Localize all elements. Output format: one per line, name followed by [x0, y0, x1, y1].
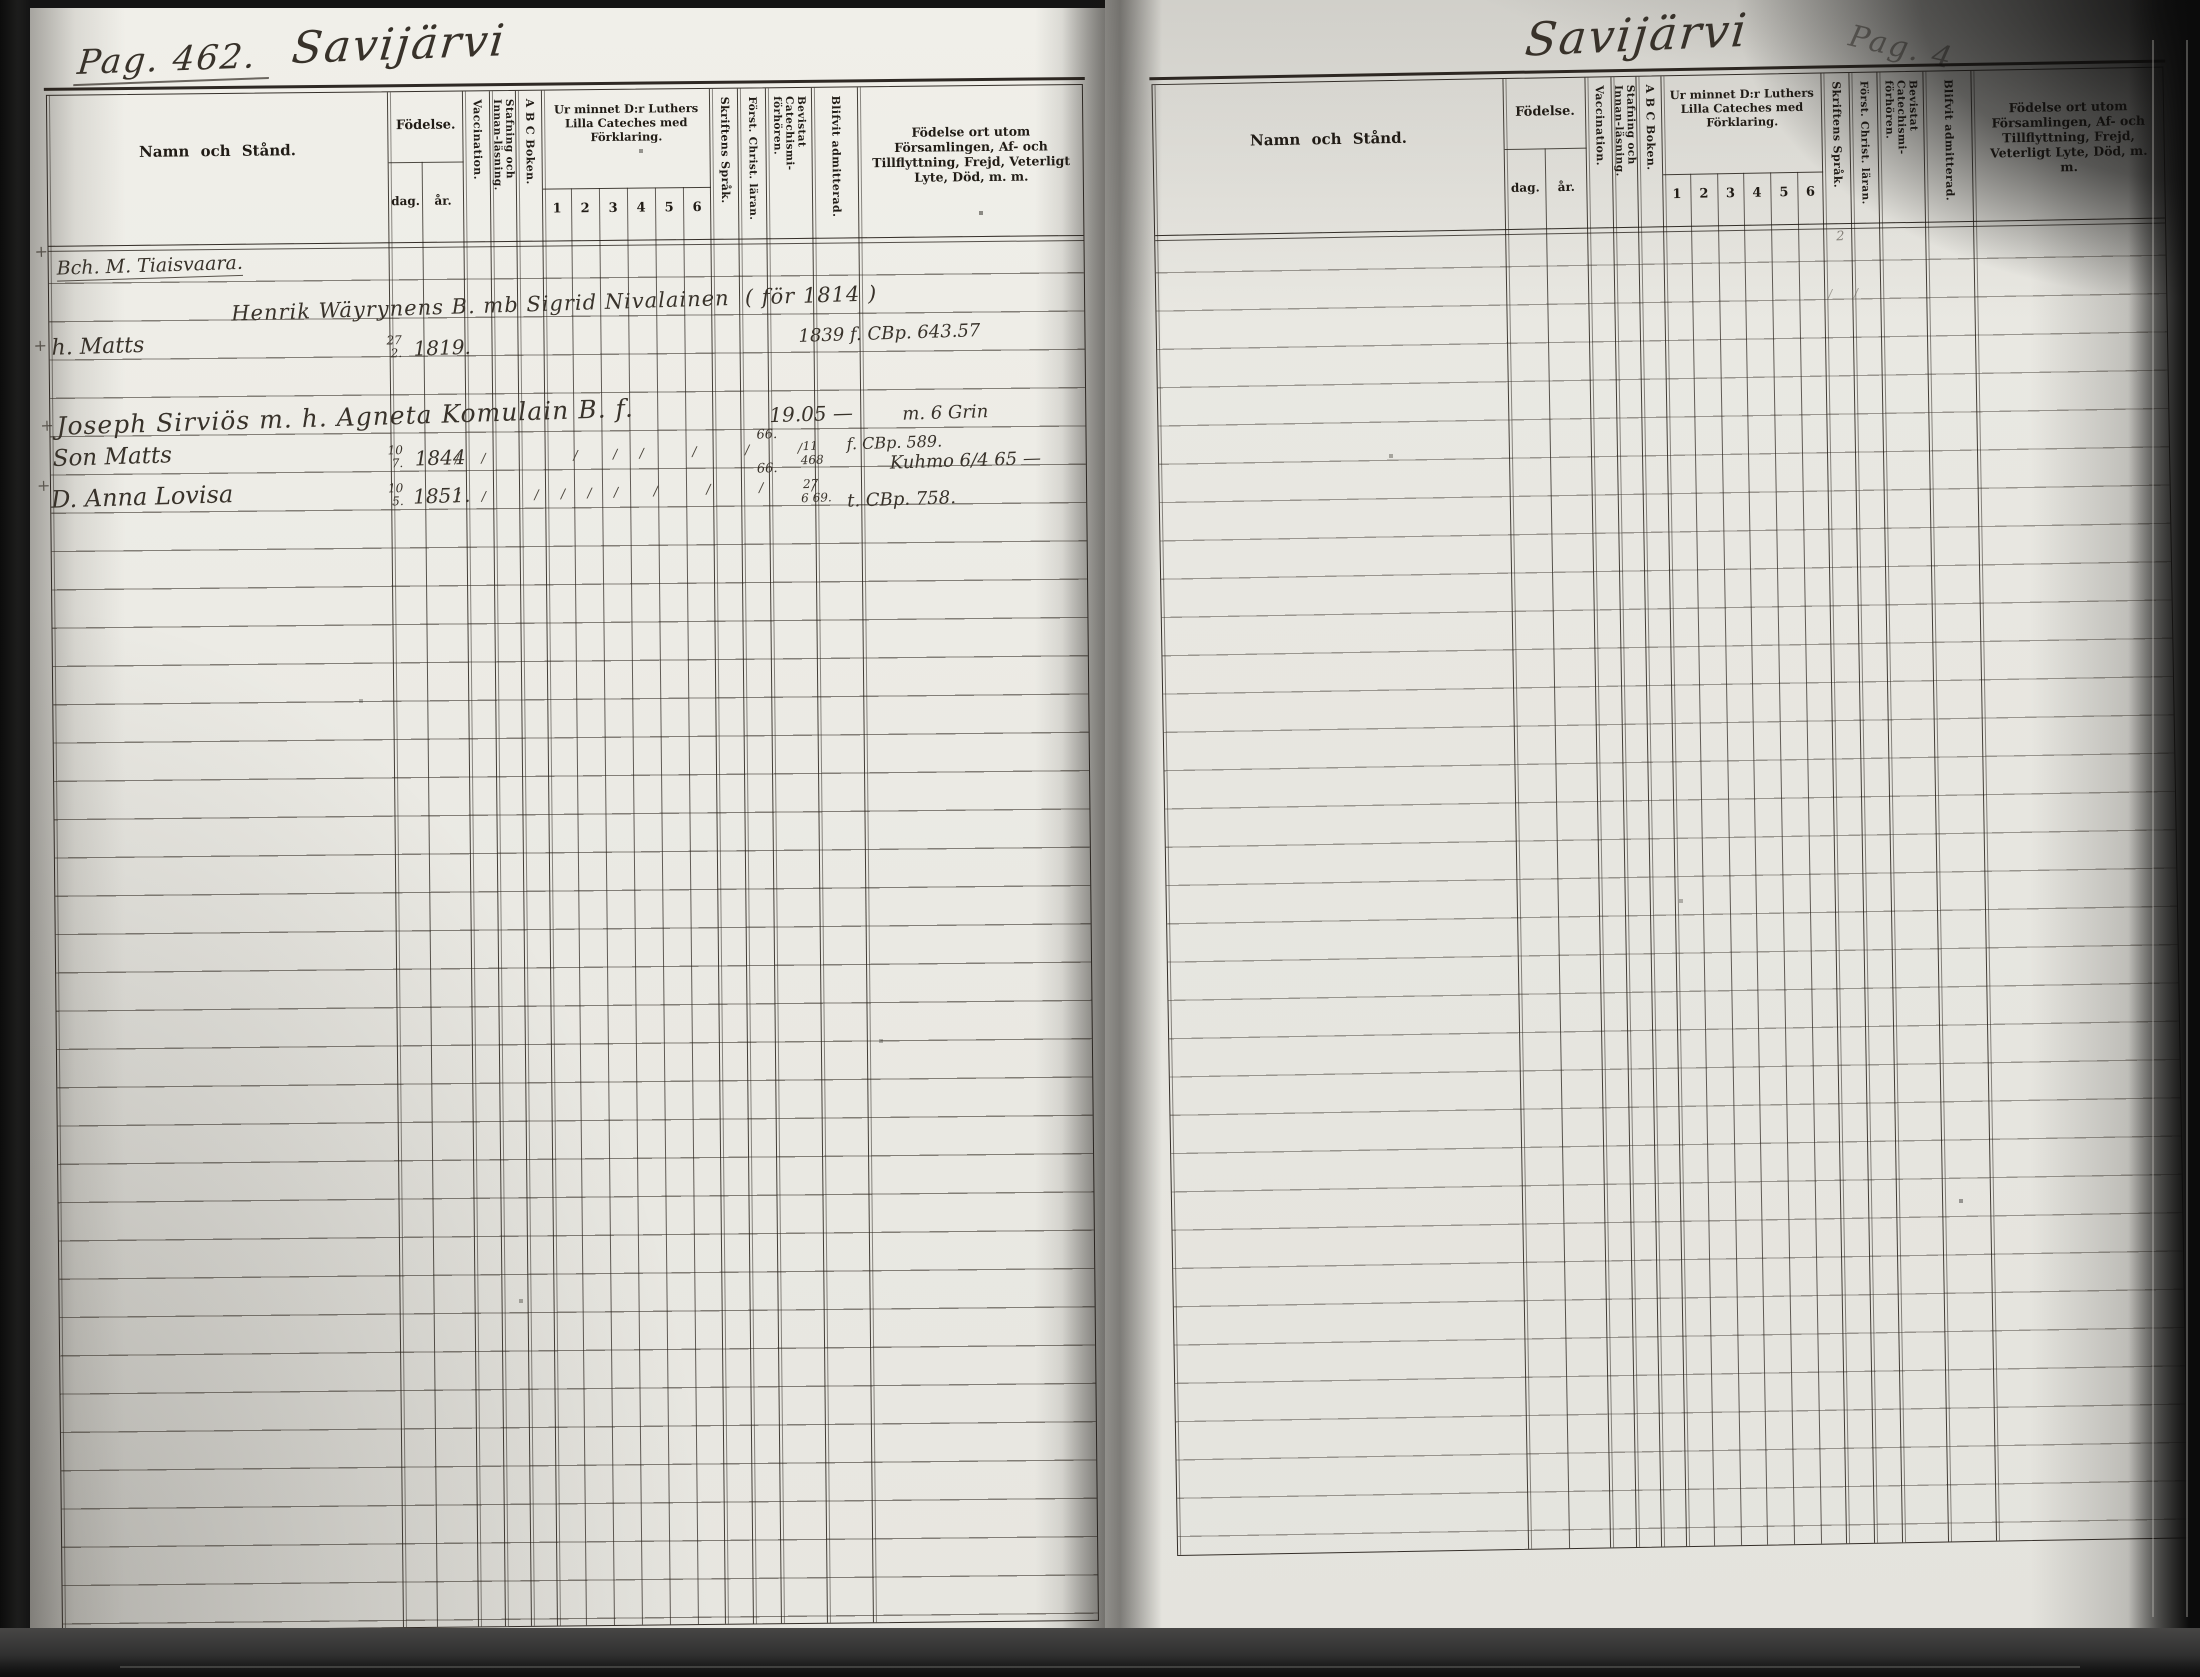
entry-family2-admitted: 19.05 — — [769, 403, 853, 427]
right-page: Savijärvi Pag. 4 Namn och Stånd. Födelse… — [1105, 0, 2200, 1655]
header-vaccination: Vaccination. — [470, 99, 483, 235]
entry-anna-meetings-top: 27 — [803, 478, 819, 491]
dust-specks — [0, 0, 2, 2]
right-page-title: Savijärvi — [1523, 6, 1750, 64]
entry-anna-birth-day-den: 5. — [392, 495, 404, 508]
catechism-col-4: 4 — [627, 200, 655, 215]
catechism-col-3: 3 — [1717, 186, 1743, 201]
catechism-col-2: 2 — [571, 201, 599, 216]
left-page-content: Pag. 462. Savijärvi Namn och Stånd. Föde… — [30, 0, 1122, 1650]
entry-family2-language: 66. — [756, 428, 777, 442]
scan-left-edge — [0, 0, 30, 1677]
header-spelling-reading: Stafning och Innan-läsning. — [1612, 85, 1638, 183]
entry-son-note-1: f. CBp. 589. — [846, 433, 942, 453]
catechism-col-5: 5 — [1770, 185, 1797, 200]
header-birth-year: år. — [1545, 180, 1587, 195]
margin-mark: + — [34, 244, 48, 261]
header-birth-day: dag. — [389, 194, 422, 208]
catechism-col-3: 3 — [599, 201, 627, 216]
entry-son-name: Son Matts — [52, 443, 172, 471]
entry-son-birth-day-den: 7. — [392, 457, 404, 470]
entry-anna-name: D. Anna Lovisa — [51, 482, 234, 513]
header-birth-day: dag. — [1505, 180, 1545, 195]
entry-family2-note: m. 6 Grin — [902, 403, 989, 425]
header-catechism: Ur minnet D:r Luthers Lilla Cateches med… — [542, 101, 710, 145]
margin-mark: + — [33, 338, 47, 355]
ruled-rows — [1155, 218, 2188, 1555]
header-name: Namn och Stånd. — [47, 140, 387, 162]
margin-mark: + — [40, 418, 54, 435]
header-christian-doctrine: Först. Christ. läran. — [746, 96, 759, 232]
header-admitted: Blifvit admitterad. — [1942, 79, 1956, 215]
header-christian-doctrine: Först. Christ. läran. — [1858, 81, 1872, 217]
catechism-col-5: 5 — [655, 200, 683, 215]
left-page: Pag. 462. Savijärvi Namn och Stånd. Föde… — [30, 8, 1105, 1650]
header-abc-book: A B C Boken. — [523, 99, 536, 235]
left-page-number: Pag. 462. — [73, 39, 272, 86]
left-page-title: Savijärvi — [290, 18, 509, 72]
header-spelling-reading: Stafning och Innan-läsning. — [491, 99, 516, 197]
catechism-col-2: 2 — [1690, 186, 1717, 201]
right-table: Namn och Stånd. Födelse. dag. år. Vaccin… — [1151, 67, 2189, 1556]
header-scripture-language: Skriftens Språk. — [1830, 81, 1844, 217]
birth-subheader-rule — [389, 161, 464, 163]
entry-matts-birth-year: 1819. — [413, 337, 471, 360]
header-catechism-meetings: Bevistat Catechismi-förhören. — [771, 96, 808, 214]
catechism-col-6: 6 — [1797, 184, 1823, 199]
stray-mark: / / — [1828, 286, 1867, 300]
stray-mark: 2 — [1836, 230, 1845, 244]
header-birth-year: år. — [422, 193, 464, 207]
entry-son-language: 66. — [757, 462, 778, 476]
header-catechism-meetings: Bevistat Catechismi-förhören. — [1883, 80, 1921, 199]
entry-anna-meetings-bottom: 6 69. — [801, 491, 832, 505]
entry-son-meetings-top: 11 — [802, 440, 818, 453]
header-catechism: Ur minnet D:r Luthers Lilla Cateches med… — [1662, 86, 1823, 131]
header-birth: Födelse. — [1504, 104, 1586, 120]
catechism-col-1: 1 — [1663, 187, 1690, 202]
entry-son-meetings-bottom: 468 — [801, 453, 824, 466]
catechism-col-4: 4 — [1743, 185, 1770, 200]
left-table: Namn och Stånd. Födelse. dag. år. Vaccin… — [46, 84, 1099, 1632]
header-name: Namn och Stånd. — [1153, 127, 1503, 151]
header-birth: Födelse. — [388, 117, 463, 133]
header-remarks: Födelse ort utom Församlingen, Af- och T… — [858, 123, 1084, 185]
header-admitted: Blifvit admitterad. — [829, 96, 842, 232]
scan-bottom-highlight — [120, 1666, 2080, 1668]
margin-mark: + — [37, 478, 51, 495]
entry-matts-name: h. Matts — [51, 334, 144, 360]
catechism-col-6: 6 — [683, 200, 711, 215]
header-abc-book: A B C Boken. — [1643, 84, 1657, 220]
header-scripture-language: Skriftens Språk. — [718, 97, 731, 233]
catechism-col-1: 1 — [543, 201, 571, 216]
entry-anna-note: t. CBp. 758. — [847, 489, 956, 511]
header-vaccination: Vaccination. — [1593, 85, 1607, 221]
header-remarks: Födelse ort utom Församlingen, Af- och T… — [1972, 98, 2165, 176]
right-page-content: Savijärvi Pag. 4 Namn och Stånd. Födelse… — [1105, 0, 2200, 1655]
entry-matts-birth-day-den: 2. — [390, 347, 402, 360]
ledger-scan: Pag. 462. Savijärvi Namn och Stånd. Föde… — [0, 0, 2200, 1677]
